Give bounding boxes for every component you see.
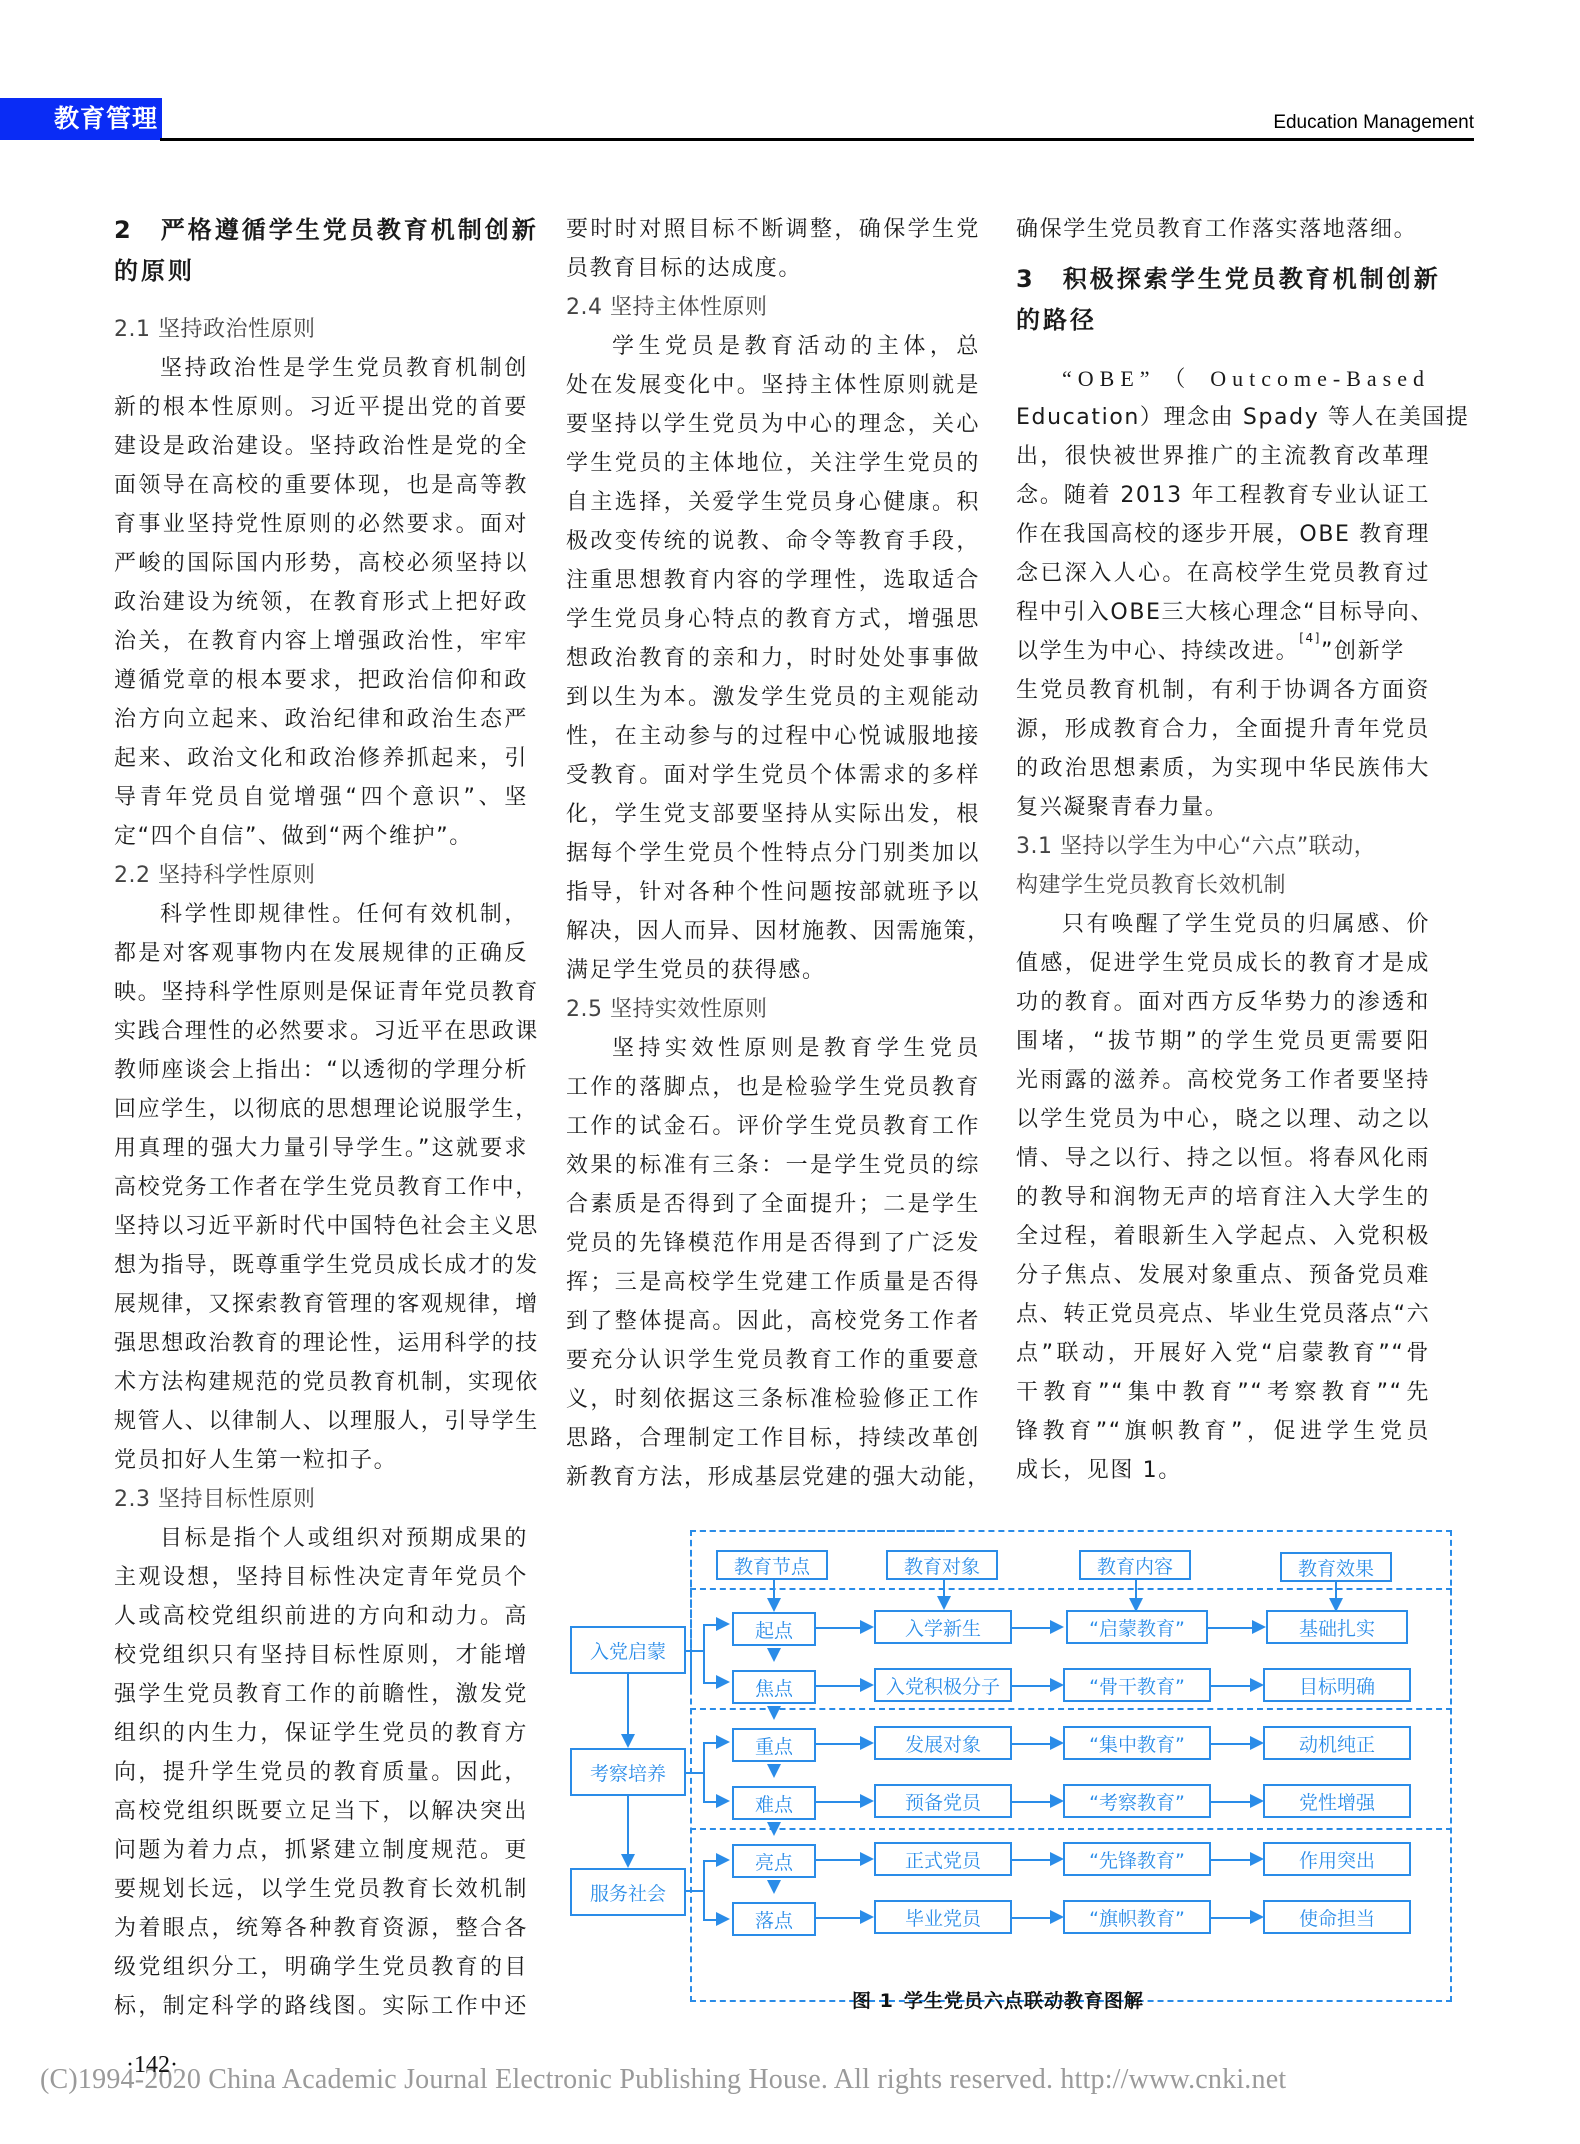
arrow-down-icon <box>767 1764 781 1778</box>
connector <box>816 1917 862 1919</box>
text-line: 治关，在教育内容上增强政治性，牢牢 <box>114 622 528 661</box>
header-education-node: 教育节点 <box>716 1550 828 1580</box>
text-line: 义，时刻依据这三条标准检验修正工作 <box>566 1380 980 1419</box>
text-line: 只有唤醒了学生党员的归属感、价 <box>1016 905 1430 944</box>
arrow-right-icon <box>1050 1910 1064 1924</box>
text-line: 极改变传统的说教、命令等教育手段， <box>566 522 980 561</box>
text-line: 起来、政治文化和政治修养抓起来，引 <box>114 739 528 778</box>
connector <box>1012 1859 1052 1861</box>
text-line: 建设是政治建设。坚持政治性是党的全 <box>114 427 528 466</box>
object-box: 发展对象 <box>874 1726 1012 1760</box>
connector <box>1012 1743 1052 1745</box>
connector <box>1211 1685 1251 1687</box>
arrow-right-icon <box>716 1794 730 1808</box>
subsection-2-1-body: 坚持政治性是学生党员教育机制创 新的根本性原则。习近平提出党的首要 建设是政治建… <box>114 349 528 856</box>
journal-title-en: Education Management <box>1273 112 1474 134</box>
connector <box>703 1624 705 1682</box>
text-line: Education）理念由 Spady 等人在美国提 <box>1016 398 1430 437</box>
arrow-right-icon <box>716 1853 730 1867</box>
connector <box>686 1890 704 1892</box>
effect-box: 目标明确 <box>1263 1668 1411 1702</box>
text-line: 指导，针对各种个性问题按部就班予以 <box>566 873 980 912</box>
connector <box>703 1860 705 1920</box>
object-box: 入党积极分子 <box>874 1668 1012 1702</box>
arrow-right-icon <box>860 1910 874 1924</box>
content-box: “旗帜教育” <box>1063 1900 1211 1934</box>
arrow-right-icon <box>1250 1910 1264 1924</box>
subsection-2-4-body: 学生党员是教育活动的主体，总 处在发展变化中。坚持主体性原则就是 要坚持以学生党… <box>566 327 980 990</box>
text-line: 新的根本性原则。习近平提出党的首要 <box>114 388 528 427</box>
text-line: 的政治思想素质，为实现中华民族伟大 <box>1016 749 1430 788</box>
arrow-right-icon <box>1050 1794 1064 1808</box>
text-line: 面领导在高校的重要体现，也是高等教 <box>114 466 528 505</box>
text-line: 成长，见图 1。 <box>1016 1451 1430 1490</box>
text-line: 出，很快被世界推广的主流教育改革理 <box>1016 437 1430 476</box>
text-line: 坚持政治性是学生党员教育机制创 <box>114 349 528 388</box>
text-line: 学生党员是教育活动的主体，总 <box>566 327 980 366</box>
text-line: 标，制定科学的路线图。实际工作中还 <box>114 1987 528 2026</box>
text-line: 值感，促进学生党员成长的教育才是成 <box>1016 944 1430 983</box>
text-line: 想为指导，既尊重学生党员成长成才的发 <box>114 1246 528 1285</box>
text-line-with-citation: 以学生为中心、持续改进。[4]”创新学 <box>1016 632 1430 671</box>
text-line: 人或高校党组织前进的方向和动力。高 <box>114 1597 528 1636</box>
connector <box>703 1742 705 1802</box>
text-line: 高校党组织既要立足当下，以解决突出 <box>114 1792 528 1831</box>
arrow-right-icon <box>1250 1794 1264 1808</box>
content-box: “考察教育” <box>1063 1784 1211 1818</box>
arrow-right-icon <box>860 1736 874 1750</box>
text-line: 展规律，又探索教育管理的客观规律，增 <box>114 1285 528 1324</box>
arrow-down-icon <box>621 1854 635 1868</box>
subsection-2-5-body: 坚持实效性原则是教育学生党员 工作的落脚点，也是检验学生党员教育 工作的试金石。… <box>566 1029 980 1497</box>
header-education-object: 教育对象 <box>886 1550 998 1580</box>
text-line: 解决，因人而异、因材施教、因需施策， <box>566 912 980 951</box>
section-3-heading-line1: 3 积极探索学生党员教育机制创新 <box>1016 259 1430 300</box>
stage-inspection-cultivation: 考察培养 <box>570 1748 686 1796</box>
text-line: 思路，合理制定工作目标，持续改革创 <box>566 1419 980 1458</box>
text-line: 实践合理性的必然要求。习近平在思政课 <box>114 1012 528 1051</box>
arrow-right-icon <box>860 1852 874 1866</box>
arrow-right-icon <box>1250 1852 1264 1866</box>
arrow-right-icon <box>716 1735 730 1749</box>
text-line: 情、导之以行、持之以恒。将春风化雨 <box>1016 1139 1430 1178</box>
text-line: 源，形成教育合力，全面提升青年党员 <box>1016 710 1430 749</box>
connector <box>1211 1859 1251 1861</box>
connector <box>1012 1917 1052 1919</box>
arrow-down-icon <box>767 1880 781 1894</box>
arrow-down-icon <box>621 1734 635 1748</box>
text-line: 到了整体提高。因此，高校党务工作者 <box>566 1302 980 1341</box>
subsection-2-5-title: 2.5 坚持实效性原则 <box>566 990 980 1029</box>
subsection-3-1-title-line1: 3.1 坚持以学生为中心“六点”联动， <box>1016 827 1430 866</box>
connector <box>703 1624 717 1626</box>
node-difficult-point: 难点 <box>732 1786 816 1820</box>
text-line: 程中引入OBE三大核心理念“目标导向、 <box>1016 593 1430 632</box>
connector <box>816 1743 862 1745</box>
text-line: 校党组织只有坚持目标性原则，才能增 <box>114 1636 528 1675</box>
node-highlight-point: 亮点 <box>732 1844 816 1878</box>
arrow-right-icon <box>1252 1620 1266 1634</box>
object-box: 入学新生 <box>874 1610 1012 1644</box>
arrow-down-icon <box>767 1706 781 1720</box>
text-line: 复兴凝聚青春力量。 <box>1016 788 1430 827</box>
subsection-2-2-body: 科学性即规律性。任何有效机制， 都是对客观事物内在发展规律的正确反 映。坚持科学… <box>114 895 528 1480</box>
text-line: 受教育。面对学生党员个体需求的多样 <box>566 756 980 795</box>
text-line: 新教育方法，形成基层党建的强大动能， <box>566 1458 980 1497</box>
text-line: 要规划长远，以学生党员教育长效机制 <box>114 1870 528 1909</box>
figure-1-caption: 图 1学生党员六点联动教育图解 <box>852 1986 1144 2013</box>
text-line: 干教育”“集中教育”“考察教育”“先 <box>1016 1373 1430 1412</box>
text-line: 党员的先锋模范作用是否得到了广泛发 <box>566 1224 980 1263</box>
text-line: 员教育目标的达成度。 <box>566 249 980 288</box>
text-line: 要时时对照目标不断调整，确保学生党 <box>566 210 980 249</box>
connector <box>686 1772 704 1774</box>
arrow-down-icon <box>937 1596 951 1610</box>
text-line: 工作的落脚点，也是检验学生党员教育 <box>566 1068 980 1107</box>
connector <box>1012 1627 1052 1629</box>
text-line: 治方向立起来、政治纪律和政治生态严 <box>114 700 528 739</box>
connector <box>1208 1627 1254 1629</box>
text-line: 的教导和润物无声的培育注入大学生的 <box>1016 1178 1430 1217</box>
text-line: 规管人、以律制人、以理服人，引导学生 <box>114 1402 528 1441</box>
effect-box: 使命担当 <box>1263 1900 1411 1934</box>
arrow-down-icon <box>767 1822 781 1836</box>
section-2-heading-line1: 2 严格遵循学生党员教育机制创新 <box>114 210 528 251</box>
text-line: 注重思想教育内容的学理性，选取适合 <box>566 561 980 600</box>
effect-box: 动机纯正 <box>1263 1726 1411 1760</box>
subsection-3-1-title-line2: 构建学生党员教育长效机制 <box>1016 866 1430 905</box>
connector <box>703 1682 717 1684</box>
copyright-notice: (C)1994-2020 China Academic Journal Elec… <box>40 2064 1286 2096</box>
connector <box>1211 1743 1251 1745</box>
text-line: 映。坚持科学性原则是保证青年党员教育 <box>114 973 528 1012</box>
arrow-right-icon <box>1050 1736 1064 1750</box>
object-box: 毕业党员 <box>874 1900 1012 1934</box>
text-line: 满足学生党员的获得感。 <box>566 951 980 990</box>
object-box: 预备党员 <box>874 1784 1012 1818</box>
text-line: 念。随着 2013 年工程教育专业认证工 <box>1016 476 1430 515</box>
stage-party-enlightenment: 入党启蒙 <box>570 1626 686 1674</box>
text-line: 党员扣好人生第一粒扣子。 <box>114 1441 528 1480</box>
text-line: 全过程，着眼新生入学起点、入党积极 <box>1016 1217 1430 1256</box>
effect-box: 作用突出 <box>1263 1842 1411 1876</box>
text-line: 功的教育。面对西方反华势力的渗透和 <box>1016 983 1430 1022</box>
page-number: ·142· <box>126 2052 178 2079</box>
connector <box>703 1919 717 1921</box>
text-line: 高校党务工作者在学生党员教育工作中， <box>114 1168 528 1207</box>
arrow-right-icon <box>1050 1678 1064 1692</box>
text-line: 分子焦点、发展对象重点、预备党员难 <box>1016 1256 1430 1295</box>
effect-box: 党性增强 <box>1263 1784 1411 1818</box>
column-2: 要时时对照目标不断调整，确保学生党 员教育目标的达成度。 2.4 坚持主体性原则… <box>566 210 980 1497</box>
arrow-right-icon <box>860 1794 874 1808</box>
text-line: “OBE”（Outcome-Based <box>1016 359 1430 398</box>
content-box: “集中教育” <box>1063 1726 1211 1760</box>
text-line: 作在我国高校的逐步开展，OBE 教育理 <box>1016 515 1430 554</box>
dashed-divider-row2 <box>690 1708 1452 1710</box>
column-3: 确保学生党员教育工作落实落地落细。 3 积极探索学生党员教育机制创新 的路径 “… <box>1016 210 1430 1490</box>
text-line: 学生党员的主体地位，关注学生党员的 <box>566 444 980 483</box>
arrow-right-icon <box>1050 1852 1064 1866</box>
text-line: 念已深入人心。在高校学生党员教育过 <box>1016 554 1430 593</box>
caption-text: 学生党员六点联动教育图解 <box>904 1990 1144 2012</box>
text-line: 学生党员身心特点的教育方式，增强思 <box>566 600 980 639</box>
node-landing-point: 落点 <box>732 1902 816 1936</box>
arrow-right-icon <box>860 1620 874 1634</box>
text-line: 光雨露的滋养。高校党务工作者要坚持 <box>1016 1061 1430 1100</box>
text-line: 点、转正党员亮点、毕业生党员落点“六 <box>1016 1295 1430 1334</box>
text-line: 据每个学生党员个性特点分门别类加以 <box>566 834 980 873</box>
text-line: 严峻的国际国内形势，高校必须坚持以 <box>114 544 528 583</box>
figure-1-diagram: 教育节点 教育对象 教育内容 教育效果 入党启蒙 考察培养 服务社会 起点 焦点… <box>566 1520 1450 1990</box>
connector <box>816 1627 862 1629</box>
connector <box>816 1685 862 1687</box>
text-line: 主观设想，坚持目标性决定青年党员个 <box>114 1558 528 1597</box>
connector <box>1211 1917 1251 1919</box>
content-box: “骨干教育” <box>1063 1668 1211 1702</box>
text-line: 生党员教育机制，有利于协调各方面资 <box>1016 671 1430 710</box>
text-line: 用真理的强大力量引导学生。”这就要求 <box>114 1129 528 1168</box>
text-line: 坚持实效性原则是教育学生党员 <box>566 1029 980 1068</box>
citation-ref[interactable]: [4] <box>1299 631 1321 645</box>
subsection-2-2-title: 2.2 坚持科学性原则 <box>114 856 528 895</box>
section-3-heading-line2: 的路径 <box>1016 300 1430 341</box>
text-line: 回应学生，以彻底的思想理论说服学生， <box>114 1090 528 1129</box>
text-line: 向，提升学生党员的教育质量。因此， <box>114 1753 528 1792</box>
text-line: 坚持以习近平新时代中国特色社会主义思 <box>114 1207 528 1246</box>
text-line: 要坚持以学生党员为中心的理念，关心 <box>566 405 980 444</box>
subsection-3-1-body: 只有唤醒了学生党员的归属感、价 值感，促进学生党员成长的教育才是成 功的教育。面… <box>1016 905 1430 1490</box>
text-line: 级党组织分工，明确学生党员教育的目 <box>114 1948 528 1987</box>
section-tag: 教育管理 <box>0 98 162 140</box>
dashed-divider-row1 <box>690 1588 1452 1590</box>
connector <box>703 1742 717 1744</box>
text-line: 挥；三是高校学生党建工作质量是否得 <box>566 1263 980 1302</box>
arrow-right-icon <box>716 1912 730 1926</box>
text-line: 术方法构建规范的党员教育机制，实现依 <box>114 1363 528 1402</box>
subsection-2-1-title: 2.1 坚持政治性原则 <box>114 310 528 349</box>
text-line: 到以生为本。激发学生党员的主观能动 <box>566 678 980 717</box>
arrow-right-icon <box>860 1678 874 1692</box>
text-line: 处在发展变化中。坚持主体性原则就是 <box>566 366 980 405</box>
dashed-divider-row3 <box>690 1828 1452 1830</box>
connector <box>1211 1801 1251 1803</box>
connector <box>1012 1801 1052 1803</box>
connector <box>627 1796 629 1856</box>
text-line: 性，在主动参与的过程中心悦诚服地接 <box>566 717 980 756</box>
arrow-right-icon <box>716 1617 730 1631</box>
arrow-down-icon <box>767 1598 781 1612</box>
text-line: 组织的内生力，保证学生党员的教育方 <box>114 1714 528 1753</box>
text-line: 定“四个自信”、做到“两个维护”。 <box>114 817 528 856</box>
stage-serve-society: 服务社会 <box>570 1868 686 1916</box>
header-education-content: 教育内容 <box>1079 1550 1191 1580</box>
text-line: 围堵，“拔节期”的学生党员更需要阳 <box>1016 1022 1430 1061</box>
text-line: 想政治教育的亲和力，时时处处事事做 <box>566 639 980 678</box>
text-line: 锋教育”“旗帜教育”，促进学生党员 <box>1016 1412 1430 1451</box>
subsection-2-4-title: 2.4 坚持主体性原则 <box>566 288 980 327</box>
subsection-2-3-body: 目标是指个人或组织对预期成果的 主观设想，坚持目标性决定青年党员个 人或高校党组… <box>114 1519 528 2026</box>
text-line: 遵循党章的根本要求，把政治信仰和政 <box>114 661 528 700</box>
object-box: 正式党员 <box>874 1842 1012 1876</box>
column-1: 2 严格遵循学生党员教育机制创新 的原则 2.1 坚持政治性原则 坚持政治性是学… <box>114 210 528 2026</box>
text-line: 育事业坚持党性原则的必然要求。面对 <box>114 505 528 544</box>
node-key-point: 重点 <box>732 1728 816 1762</box>
text-line: 强思想政治教育的理论性，运用科学的技 <box>114 1324 528 1363</box>
text-line: 自主选择，关爱学生党员身心健康。积 <box>566 483 980 522</box>
content-box: “先锋教育” <box>1063 1842 1211 1876</box>
text-line: 政治建设为统领，在教育形式上把好政 <box>114 583 528 622</box>
text-fragment: 以学生为中心、持续改进。 <box>1016 639 1299 664</box>
connector <box>816 1859 862 1861</box>
section-2-heading-line2: 的原则 <box>114 251 528 292</box>
text-line: 要充分认识学生党员教育工作的重要意 <box>566 1341 980 1380</box>
connector <box>1012 1685 1052 1687</box>
connector <box>686 1650 704 1652</box>
arrow-down-icon <box>767 1648 781 1662</box>
text-line: 化，学生党支部要坚持从实际出发，根 <box>566 795 980 834</box>
text-line: 问题为着力点，抓紧建立制度规范。更 <box>114 1831 528 1870</box>
text-fragment: ”创新学 <box>1321 639 1405 664</box>
arrow-right-icon <box>1050 1620 1064 1634</box>
text-line: 都是对客观事物内在发展规律的正确反 <box>114 934 528 973</box>
connector <box>703 1801 717 1803</box>
arrow-right-icon <box>1250 1678 1264 1692</box>
text-line: 目标是指个人或组织对预期成果的 <box>114 1519 528 1558</box>
node-focus-point: 焦点 <box>732 1670 816 1704</box>
header-rule <box>160 138 1474 141</box>
connector <box>627 1674 629 1736</box>
header-education-effect: 教育效果 <box>1280 1552 1392 1582</box>
subsection-2-3-title: 2.3 坚持目标性原则 <box>114 1480 528 1519</box>
text-line: 以学生党员为中心，晓之以理、动之以 <box>1016 1100 1430 1139</box>
text-line: 强学生党员教育工作的前瞻性，激发党 <box>114 1675 528 1714</box>
caption-number: 图 1 <box>852 1990 894 2012</box>
text-line: 确保学生党员教育工作落实落地落细。 <box>1016 210 1430 249</box>
arrow-right-icon <box>1250 1736 1264 1750</box>
text-line: 工作的试金石。评价学生党员教育工作 <box>566 1107 980 1146</box>
section-3-intro: “OBE”（Outcome-Based Education）理念由 Spady … <box>1016 359 1430 827</box>
text-line: 科学性即规律性。任何有效机制， <box>114 895 528 934</box>
text-line: 点”联动，开展好入党“启蒙教育”“骨 <box>1016 1334 1430 1373</box>
arrow-right-icon <box>716 1675 730 1689</box>
effect-box: 基础扎实 <box>1266 1610 1408 1644</box>
text-line: 教师座谈会上指出：“以透彻的学理分析 <box>114 1051 528 1090</box>
text-line: 导青年党员自觉增强“四个意识”、坚 <box>114 778 528 817</box>
text-line: 为着眼点，统筹各种教育资源，整合各 <box>114 1909 528 1948</box>
connector <box>816 1801 862 1803</box>
text-line: 效果的标准有三条：一是学生党员的综 <box>566 1146 980 1185</box>
text-line: 合素质是否得到了全面提升；二是学生 <box>566 1185 980 1224</box>
connector <box>703 1860 717 1862</box>
content-box: “启蒙教育” <box>1066 1610 1208 1644</box>
node-start-point: 起点 <box>732 1612 816 1646</box>
